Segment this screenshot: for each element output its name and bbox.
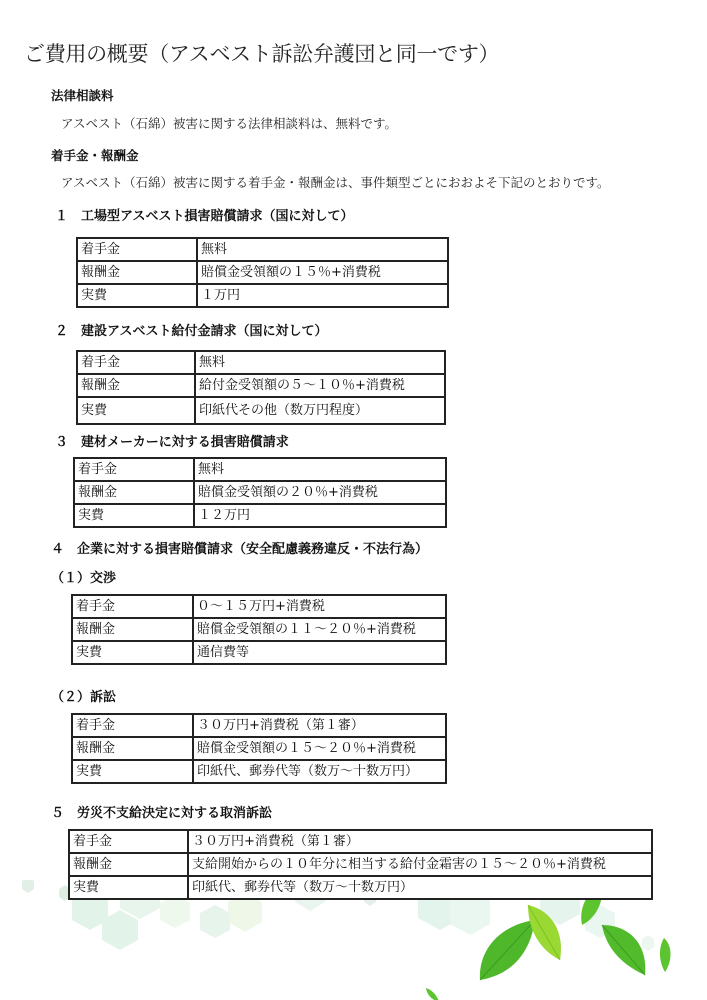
table-row: 実費 印紙代、郵券代等（数万～十数万円） [72,760,446,783]
table-row: 着手金 無料 [77,351,445,374]
row-value: ０～１５万円+消費税 [193,595,446,618]
fee-table-3: 着手金 無料 報酬金 賠償金受領額の２０％+消費税 実費 １２万円 [73,457,447,528]
row-value: 印紙代その他（数万円程度） [195,397,445,424]
table-row: 着手金 ３０万円+消費税（第１審） [72,714,446,737]
table-row: 報酬金 給付金受領額の５～１０％+消費税 [77,374,445,397]
section-4-heading: ４ 企業に対する損害賠償請求（安全配慮義務違反・不法行為） [51,538,428,557]
row-value: 支給開始からの１０年分に相当する給付金霜害の１５～２０％+消費税 [188,853,652,876]
fee-table-4-1: 着手金 ０～１５万円+消費税 報酬金 賠償金受領額の１１～２０％+消費税 実費 … [71,594,447,665]
row-label: 実費 [72,641,193,664]
consultation-text: アスベスト（石綿）被害に関する法律相談料は、無料です。 [61,114,397,132]
row-label: 着手金 [77,238,197,261]
row-label: 実費 [72,760,193,783]
fee-table-1: 着手金 無料 報酬金 賠償金受領額の１５％+消費税 実費 １万円 [76,237,449,308]
row-value: 賠償金受領額の１５％+消費税 [197,261,448,284]
table-row: 着手金 無料 [77,238,448,261]
row-value: 無料 [197,238,448,261]
table-row: 報酬金 支給開始からの１０年分に相当する給付金霜害の１５～２０％+消費税 [69,853,652,876]
row-label: 実費 [69,876,188,899]
page-title: ご費用の概要（アスベスト訴訟弁護団と同一です） [24,38,499,68]
row-label: 着手金 [72,714,193,737]
table-row: 報酬金 賠償金受領額の２０％+消費税 [74,481,446,504]
row-value: ３０万円+消費税（第１審） [193,714,446,737]
row-label: 報酬金 [77,374,195,397]
row-value: 賠償金受領額の１５～２０％+消費税 [193,737,446,760]
row-label: 報酬金 [72,618,193,641]
row-value: 無料 [195,351,445,374]
fee-table-4-2: 着手金 ３０万円+消費税（第１審） 報酬金 賠償金受領額の１５～２０％+消費税 … [71,713,447,784]
section-3-heading: ３ 建材メーカーに対する損害賠償請求 [55,431,289,450]
fees-text: アスベスト（石綿）被害に関する着手金・報酬金は、事件類型ごとにおおよそ下記のとお… [61,173,610,191]
table-row: 実費 印紙代その他（数万円程度） [77,397,445,424]
row-label: 着手金 [72,595,193,618]
row-label: 実費 [74,504,194,527]
row-value: １万円 [197,284,448,307]
table-row: 報酬金 賠償金受領額の１５％+消費税 [77,261,448,284]
fees-heading: 着手金・報酬金 [51,146,139,164]
row-label: 着手金 [74,458,194,481]
row-value: 賠償金受領額の２０％+消費税 [194,481,446,504]
section-1-heading: １ 工場型アスベスト損害賠償請求（国に対して） [55,205,353,224]
row-value: ３０万円+消費税（第１審） [188,830,652,853]
row-label: 報酬金 [72,737,193,760]
row-label: 実費 [77,284,197,307]
section-5-heading: ５ 労災不支給決定に対する取消訴訟 [51,802,272,821]
fee-table-5: 着手金 ３０万円+消費税（第１審） 報酬金 支給開始からの１０年分に相当する給付… [68,829,653,900]
table-row: 着手金 無料 [74,458,446,481]
table-row: 着手金 ０～１５万円+消費税 [72,595,446,618]
table-row: 報酬金 賠償金受領額の１１～２０％+消費税 [72,618,446,641]
table-row: 実費 通信費等 [72,641,446,664]
row-label: 報酬金 [74,481,194,504]
fee-table-2: 着手金 無料 報酬金 給付金受領額の５～１０％+消費税 実費 印紙代その他（数万… [76,350,446,425]
consultation-heading: 法律相談料 [51,86,114,104]
section-2-heading: ２ 建設アスベスト給付金請求（国に対して） [55,320,327,339]
row-value: １２万円 [194,504,446,527]
table-row: 実費 １万円 [77,284,448,307]
table-row: 報酬金 賠償金受領額の１５～２０％+消費税 [72,737,446,760]
row-value: 印紙代、郵券代等（数万～十数万円） [193,760,446,783]
row-label: 報酬金 [77,261,197,284]
section-4-2-heading: （２）訴訟 [51,686,116,705]
row-label: 報酬金 [69,853,188,876]
row-label: 着手金 [77,351,195,374]
row-value: 給付金受領額の５～１０％+消費税 [195,374,445,397]
table-row: 実費 印紙代、郵券代等（数万～十数万円） [69,876,652,899]
row-label: 実費 [77,397,195,424]
row-value: 無料 [194,458,446,481]
row-label: 着手金 [69,830,188,853]
section-4-1-heading: （１）交渉 [51,567,116,586]
table-row: 着手金 ３０万円+消費税（第１審） [69,830,652,853]
row-value: 印紙代、郵券代等（数万～十数万円） [188,876,652,899]
row-value: 通信費等 [193,641,446,664]
table-row: 実費 １２万円 [74,504,446,527]
row-value: 賠償金受領額の１１～２０％+消費税 [193,618,446,641]
